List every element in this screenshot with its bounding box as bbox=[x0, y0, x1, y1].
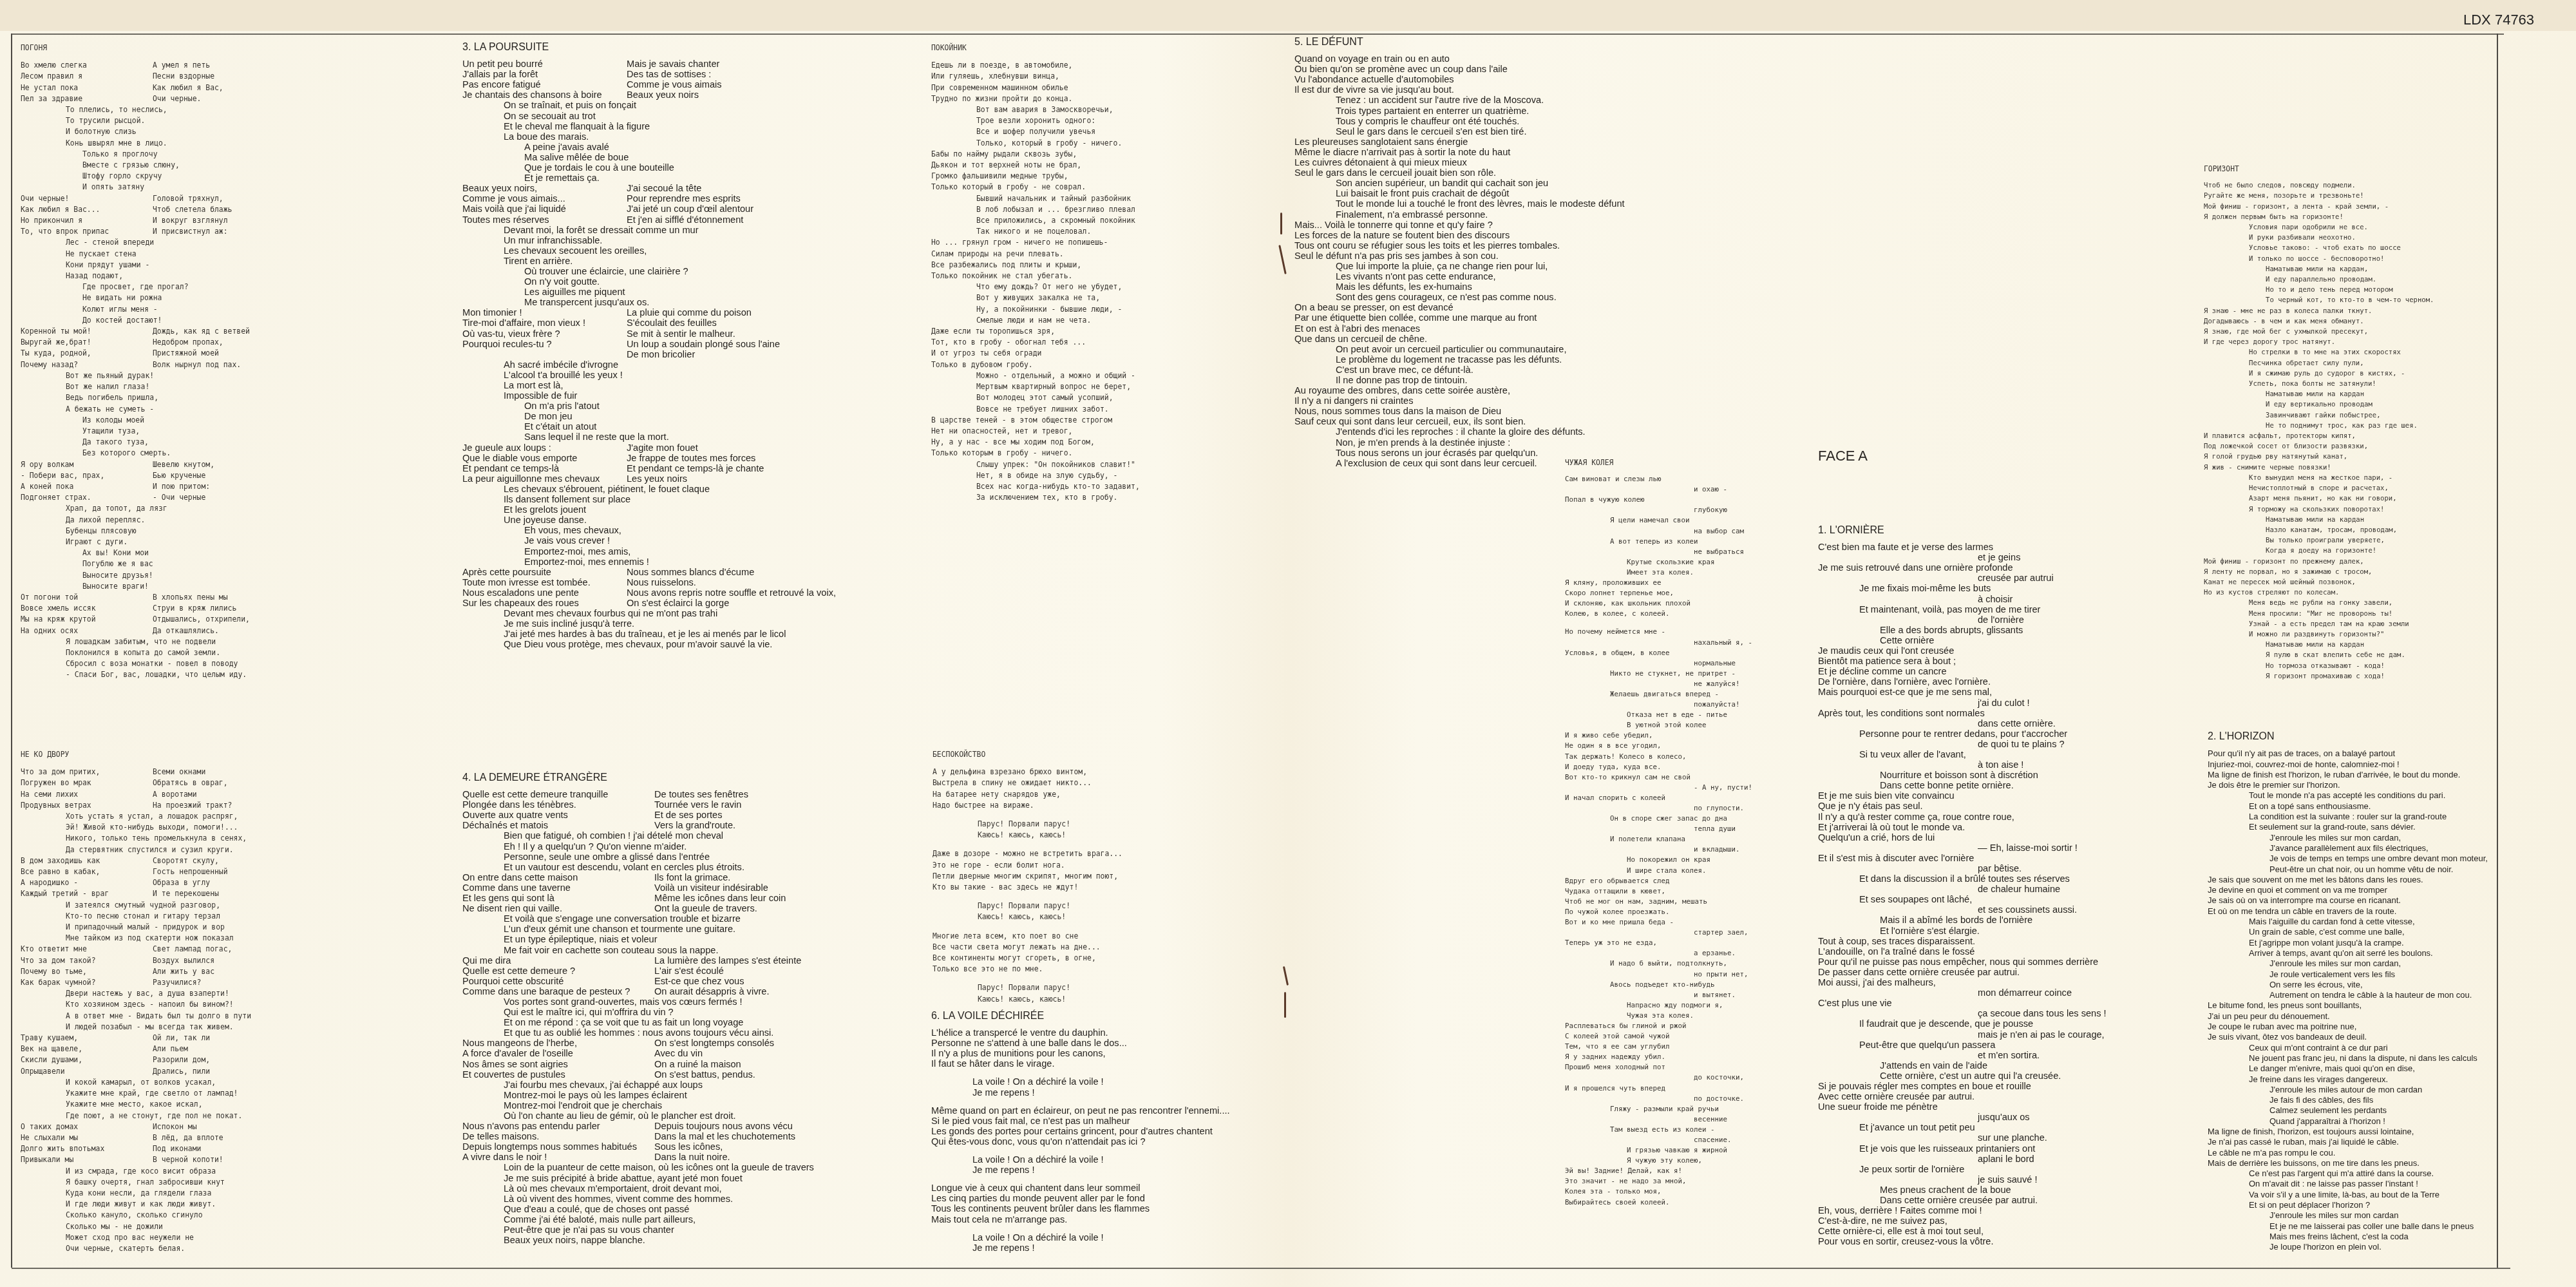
left-frame-rule bbox=[11, 33, 12, 1268]
lyric-line: В лёд, да вплоте bbox=[153, 1132, 433, 1143]
lyric-line: Век на щавеле, bbox=[21, 1044, 153, 1054]
lyric-line-pair: Depuis longtemps nous sommes habituésSou… bbox=[462, 1142, 887, 1152]
lyric-line: Назло канатам, тросам, проводам, bbox=[2204, 525, 2494, 535]
song-la-poursuite-fr: 3. LA POURSUITE Un petit peu bourréMais … bbox=[462, 43, 862, 650]
lyric-line: Est-ce que chez vous bbox=[654, 977, 887, 987]
lyric-line: Je me repens ! bbox=[931, 1088, 1292, 1098]
lyric-line: Et on a topé sans enthousiasme. bbox=[2208, 801, 2497, 812]
lyric-line: Кто вы такие - вас здесь не ждут! bbox=[933, 882, 1280, 893]
lyric-line: Mais l'aiguille du cardan fond à cette v… bbox=[2208, 917, 2497, 927]
lyric-line: Но ... грянул гром - ничего не попишешь- bbox=[931, 237, 1279, 248]
lyric-line: - Побери вас, прах, bbox=[21, 470, 153, 481]
lyric-line: Всех нас когда-нибудь кто-то задавит, bbox=[931, 481, 1279, 492]
lyric-line: Et je vois que les ruisseaux printaniers… bbox=[1818, 1144, 2179, 1154]
lyric-line: Je loupe l'horizon en plein vol. bbox=[2208, 1242, 2497, 1252]
lyric-line: L'alcool t'a brouillé les yeux ! bbox=[462, 370, 862, 381]
lyric-line-pair: Что за дом такой?Воздух вылился bbox=[21, 955, 433, 966]
lyric-line-pair: Во хмелю слегкаА умел я петь bbox=[21, 60, 433, 71]
lyric-line: Finalement, n'a embrassé personne. bbox=[1294, 210, 1719, 220]
lyric-line-pair: Qui me diraLa lumière des lampes s'est é… bbox=[462, 956, 887, 966]
lyric-line: De mon jeu bbox=[462, 412, 862, 422]
lyric-line: J'ai fourbu mes chevaux, j'ai échappé au… bbox=[462, 1080, 887, 1091]
song-ne-ko-dvoru-ru: НЕ КО ДВОРУ Что за дом притих,Всеми окна… bbox=[21, 749, 433, 1254]
lyric-line: Каюсь! каюсь, каюсь! bbox=[933, 994, 1280, 1005]
lyric-line: Каюсь! каюсь, каюсь! bbox=[933, 830, 1280, 841]
lyrics: L'hélice a transpercé le ventre du dauph… bbox=[931, 1028, 1292, 1254]
lyric-line: Une sueur froide me pénètre bbox=[1818, 1102, 2179, 1112]
lyric-line: Сам виноват и слезы лью bbox=[1565, 474, 1926, 484]
lyric-line: Je me suis précipité à bride abattue, ay… bbox=[462, 1174, 887, 1184]
lyric-line: Où trouver une éclaircie, une clairière … bbox=[462, 267, 862, 277]
lyric-line: On m'avait dit : ne laisse pas passer l'… bbox=[2208, 1179, 2497, 1189]
lyric-line: Назад подают, bbox=[21, 271, 433, 281]
lyric-line: Elle a des bords abrupts, glissants bbox=[1818, 625, 2179, 636]
lyric-line: И плавится асфальт, протекторы кипят, bbox=[2204, 431, 2494, 441]
lyric-line: Que je tordais le cou à une bouteille bbox=[462, 163, 862, 173]
stanza-gap bbox=[933, 975, 1280, 982]
lyric-line: On n'y voit goutte. bbox=[462, 277, 862, 287]
lyric-line: Je me fixais moi-même les buts bbox=[1818, 584, 2179, 594]
lyric-line: Vers la grand'route. bbox=[654, 821, 887, 831]
lyric-line: То трусили рысцой. bbox=[21, 115, 433, 126]
lyric-line: Et que tu as oublié les hommes : nous av… bbox=[462, 1028, 887, 1038]
lyric-line: je suis sauvé ! bbox=[1818, 1175, 2179, 1185]
lyric-line: La condition est la suivante : rouler su… bbox=[2208, 812, 2497, 822]
song-title: ЧУЖАЯ КОЛЕЯ bbox=[1565, 457, 1926, 468]
lyric-line: Sans lequel il ne reste que la mort. bbox=[462, 432, 862, 443]
lyric-line-pair: На семи лихихА воротами bbox=[21, 789, 433, 800]
lyric-line: Под иконами bbox=[153, 1143, 433, 1154]
lyric-line: Cette ornière bbox=[1818, 636, 2179, 646]
lyric-line: Чтоб слетела блажь bbox=[153, 204, 433, 215]
lyric-line: Где поют, а не стонут, где пол не покат. bbox=[21, 1111, 433, 1121]
lyric-line: Tout à coup, ses traces disparaissent. bbox=[1818, 937, 2179, 947]
lyric-line: Ils font la grimace. bbox=[654, 873, 887, 883]
lyric-line: Et c'était un atout bbox=[462, 422, 862, 432]
lyric-line: Nous avons repris notre souffle et retro… bbox=[627, 588, 862, 598]
lyric-line: А бежать не суметь - bbox=[21, 404, 433, 415]
lyric-line: Играют с дуги. bbox=[21, 537, 433, 548]
song-title: ПОГОНЯ bbox=[21, 43, 433, 53]
lyric-line: Là où mes chevaux m'emportaient, droit d… bbox=[462, 1184, 887, 1194]
top-edge bbox=[0, 0, 2576, 31]
lyric-line: Mais mes freins lâchent, c'est la coda bbox=[2208, 1232, 2497, 1242]
lyric-line: Je maudis ceux qui l'ont creusée bbox=[1818, 646, 2179, 656]
lyric-line: И опять затяну bbox=[21, 182, 433, 193]
lyric-line: J'ai jeté mes hardes à bas du traîneau, … bbox=[462, 629, 862, 640]
stanza-gap bbox=[931, 1176, 1292, 1183]
lyric-line: Pour qu'il n'y ait pas de traces, on a b… bbox=[2208, 748, 2497, 759]
lyric-line: La pluie qui comme du poison bbox=[627, 308, 862, 318]
lyric-line: За исключением тех, кто в гробу. bbox=[931, 492, 1279, 503]
lyric-line: Il ne donne pas trop de tintouin. bbox=[1294, 376, 1719, 386]
song-lhorizon-fr: 2. L'HORIZON Pour qu'il n'y ait pas de t… bbox=[2208, 732, 2497, 1253]
lyric-line: ça secoue dans tous les sens ! bbox=[1818, 1009, 2179, 1019]
lyric-line: Et voilà que s'engage une conversation t… bbox=[462, 914, 887, 924]
lyric-line: Да стервятник спустился и сузил круги. bbox=[21, 844, 433, 855]
lyric-line-pair: Привыкали мыВ черной копоти! bbox=[21, 1154, 433, 1165]
lyric-line: Ne disent rien qui vaille. bbox=[462, 904, 654, 914]
lyric-line: О таких домах bbox=[21, 1121, 153, 1132]
lyric-line-pair: Ты куда, родной,Пристяжной моей bbox=[21, 348, 433, 359]
lyric-line: Mais de derrière les buissons, on me tir… bbox=[2208, 1158, 2497, 1168]
lyric-line: Où l'on chante au lieu de gémir, où le p… bbox=[462, 1111, 887, 1121]
lyric-line-pair: La peur aiguillonne mes chevauxLes yeux … bbox=[462, 474, 862, 484]
lyric-line: Кони прядут ушами - bbox=[21, 260, 433, 271]
lyric-line: De mon bricolier bbox=[627, 350, 862, 360]
lyric-line: Ou bien qu'on se promène avec un coup da… bbox=[1294, 64, 1719, 75]
lyric-line: Только покойник не стал убегать. bbox=[931, 271, 1279, 281]
lyric-line: Et ses soupapes ont lâché, bbox=[1818, 895, 2179, 905]
lyric-line: Et je ne me laisserai pas coller une bal… bbox=[2208, 1221, 2497, 1232]
lyric-line: Привыкали мы bbox=[21, 1154, 153, 1165]
lyric-line: Et on est à l'abri des menaces bbox=[1294, 324, 1719, 334]
lyric-line-pair: Pas encore fatiguéComme je vous aimais bbox=[462, 80, 862, 90]
lyric-line: Peut-être un chat noir, ou un homme vêtu… bbox=[2208, 864, 2497, 875]
lyric-line: Un petit peu bourré bbox=[462, 59, 627, 70]
lyric-line-pair: Comme je vous aimais...Pour reprendre me… bbox=[462, 194, 862, 204]
lyric-line: Mais... Voilà le tonnerre qui tonne et q… bbox=[1294, 220, 1719, 231]
lyric-line: Une joyeuse danse. bbox=[462, 515, 862, 526]
lyric-line: Et je me suis bien vite convaincu bbox=[1818, 791, 2179, 801]
lyric-line: Je roule verticalement vers les fils bbox=[2208, 969, 2497, 980]
lyric-line-pair: Quelle est cette demeure tranquilleDe to… bbox=[462, 790, 887, 800]
lyric-line: On peut avoir un cercueil particulier ou… bbox=[1294, 345, 1719, 355]
lyric-line: jusqu'aux os bbox=[1818, 1112, 2179, 1123]
lyric-line: Le câble ne m'a pas rompu le cou. bbox=[2208, 1148, 2497, 1158]
lyric-line: Где просвет, где прогал? bbox=[21, 281, 433, 292]
pen-mark bbox=[1278, 245, 1286, 274]
lyric-line: L'andouille, on l'a traîné dans le fossé bbox=[1818, 947, 2179, 957]
record-sleeve-insert: LDX 74763 ПОГОНЯ Во хмелю слегкаА умел я… bbox=[0, 0, 2576, 1287]
song-le-defunt-fr: 5. LE DÉFUNT Quand on voyage en train ou… bbox=[1294, 37, 1719, 469]
lyric-line-pair: Продувных ветрахНа проезжий тракт? bbox=[21, 800, 433, 811]
lyric-line: Образа в углу bbox=[153, 877, 433, 888]
lyric-line: Завинчивают гайки побыстрее, bbox=[2204, 410, 2494, 421]
lyric-line: Ma salive mêlée de boue bbox=[462, 153, 862, 163]
lyric-line: Никого, только тень промелькнула в сенях… bbox=[21, 833, 433, 844]
lyric-line: Quand j'apparaîtrai à l'horizon ! bbox=[2208, 1116, 2497, 1127]
lyric-line: Но стрелки в то мне на этих скоростях bbox=[2204, 347, 2494, 357]
lyric-line: Без которого смерть. bbox=[21, 448, 433, 459]
lyric-line-pair: То, что впрок припасИ присвистнул аж: bbox=[21, 226, 433, 237]
lyric-line: Même les icônes dans leur coin bbox=[654, 893, 887, 904]
lyric-line: На одних осях bbox=[21, 625, 153, 636]
lyric-line: La mort est là, bbox=[462, 381, 862, 391]
lyric-line-pair: Все равно в кабак,Гость непрошенный bbox=[21, 866, 433, 877]
lyric-line: Et seulement sur la grand-route, sans dé… bbox=[2208, 822, 2497, 832]
lyrics: А у дельфина взрезано брюхо винтом,Выстр… bbox=[933, 767, 1280, 1005]
lyric-line: Ils dansent follement sur place bbox=[462, 495, 862, 505]
lyric-line-pair: Comme dans une baraque de pesteux ?On au… bbox=[462, 987, 887, 997]
lyric-line: Но тормоза отказывают - кода! bbox=[2204, 661, 2494, 671]
lyric-line: Voilà un visiteur indésirable bbox=[654, 883, 887, 893]
lyric-line: Разорили дом, bbox=[153, 1054, 433, 1065]
lyric-line: Sous les icônes, bbox=[654, 1142, 887, 1152]
lyric-line: Je chantais des chansons à boire bbox=[462, 90, 627, 100]
lyric-line: И можно ли раздвинуть горизонты?" bbox=[2204, 629, 2494, 640]
lyric-line: А умел я петь bbox=[153, 60, 433, 71]
lyric-line: Il n'y a qu'à rester comme ça, roue cont… bbox=[1818, 812, 2179, 823]
lyric-line: Парус! Порвали парус! bbox=[933, 819, 1280, 830]
lyric-line: Наматываю мили на кардан, bbox=[2204, 264, 2494, 274]
lyric-line: Эй! Живой кто-нибудь выходи, помоги!... bbox=[21, 822, 433, 833]
lyric-line-pair: Nos âmes se sont aigriesOn a ruiné la ma… bbox=[462, 1060, 887, 1070]
lyric-line: Сбросил с воза монатки - повел в поводу bbox=[21, 658, 433, 669]
lyric-line: И те перекошены bbox=[153, 888, 433, 899]
lyric-line: Tire-moi d'affaire, mon vieux ! bbox=[462, 318, 627, 329]
lyric-line: Сколько кануло, сколько сгинуло bbox=[21, 1210, 433, 1221]
song-la-demeure-etrangere-fr: 4. LA DEMEURE ÉTRANGÈRE Quelle est cette… bbox=[462, 773, 887, 1246]
lyric-line-pair: Траву кушаем,Ой ли, так ли bbox=[21, 1033, 433, 1044]
lyric-line: Меня ведь не рубли на гонку завели, bbox=[2204, 598, 2494, 608]
lyric-line: Mon timonier ! bbox=[462, 308, 627, 318]
lyric-line: Слышу упрек: "Он покойников славит!" bbox=[931, 459, 1279, 470]
lyric-line: Déchaînés et matois bbox=[462, 821, 654, 831]
lyric-line: Vu l'abondance actuelle d'automobiles bbox=[1294, 75, 1719, 85]
lyric-line-pair: Tire-moi d'affaire, mon vieux !S'écoulai… bbox=[462, 318, 862, 329]
song-pogonya-ru: ПОГОНЯ Во хмелю слегкаА умел я петьЛесом… bbox=[21, 43, 433, 681]
lyric-line: Je me suis retrouvé dans une ornière pro… bbox=[1818, 563, 2179, 573]
lyric-line: La voile ! On a déchiré la voile ! bbox=[931, 1155, 1292, 1165]
lyric-line: Ой ли, так ли bbox=[153, 1033, 433, 1044]
lyric-line: De passer dans cette ornière creusée par… bbox=[1818, 968, 2179, 978]
lyric-line: Trois types partaient en enterrer un qua… bbox=[1294, 106, 1719, 117]
lyric-line: На семи лихих bbox=[21, 789, 153, 800]
lyric-line: Силам природы на речи плевать. bbox=[931, 249, 1279, 260]
lyric-line: До костей достают! bbox=[21, 315, 433, 326]
song-title: НЕ КО ДВОРУ bbox=[21, 749, 433, 760]
lyric-line: И людей позабыл - мы всегда так живем. bbox=[21, 1022, 433, 1033]
lyric-line: Nos âmes se sont aigries bbox=[462, 1060, 654, 1070]
lyric-line: Условия пари одобрили не все. bbox=[2204, 222, 2494, 233]
lyric-line: Что за дом такой? bbox=[21, 955, 153, 966]
lyric-line: Вы только проиграли уверяете, bbox=[2204, 535, 2494, 546]
lyric-line: Но из кустов стреляют по колесам. bbox=[2204, 587, 2494, 598]
lyric-line: Траву кушаем, bbox=[21, 1033, 153, 1044]
lyric-line: Et on me répond : ça se voit que tu as f… bbox=[462, 1018, 887, 1028]
lyric-line: J'ai un peu peur du dénouement. bbox=[2208, 1011, 2497, 1022]
lyric-line: Едешь ли в поезде, в автомобиле, bbox=[931, 60, 1279, 71]
lyric-line: Вот молодец этот самый усопший, bbox=[931, 392, 1279, 403]
lyric-line: Emportez-moi, mes amis, bbox=[462, 547, 862, 557]
lyric-line: Longue vie à ceux qui chantent dans leur… bbox=[931, 1183, 1292, 1194]
lyric-line: On s'est longtemps consolés bbox=[654, 1038, 887, 1049]
lyric-line: Выстрела в спину не ожидает никто... bbox=[933, 777, 1280, 788]
lyric-line: Après tout, les conditions sont normales bbox=[1818, 709, 2179, 719]
lyric-line: Колют иглы меня - bbox=[21, 304, 433, 315]
lyric-line: Quelle est cette demeure ? bbox=[462, 966, 654, 977]
lyric-line: Quand on voyage en train ou en auto bbox=[1294, 54, 1719, 64]
lyric-line-pair: Как любил я Вас...Чтоб слетела блажь bbox=[21, 204, 433, 215]
lyric-line: В царстве теней - в этом обществе строго… bbox=[931, 415, 1279, 426]
lyric-line: И кокой камарыл, от волков усакал, bbox=[21, 1077, 433, 1088]
lyric-line: aplani le bord bbox=[1818, 1154, 2179, 1165]
lyric-line: Что ему дождь? От него не убудет, bbox=[931, 281, 1279, 292]
lyric-line: Штофу горло скручу bbox=[21, 171, 433, 182]
lyric-line: Куда кони несли, да глядели глаза bbox=[21, 1188, 433, 1199]
lyric-line: Les aiguilles me piquent bbox=[462, 287, 862, 298]
song-title: ГОРИЗОНТ bbox=[2204, 164, 2494, 174]
lyric-line: Я голой грудью рву натянутый канат, bbox=[2204, 452, 2494, 462]
lyric-line: Догадываюсь - в чем и как меня обманут. bbox=[2204, 316, 2494, 327]
lyric-line-pair: Un petit peu bourréMais je savais chante… bbox=[462, 59, 862, 70]
lyric-line: Своротят скулу, bbox=[153, 855, 433, 866]
lyric-line: Наматываю мили на кардан bbox=[2204, 515, 2494, 525]
lyric-line: Все разбежались под плиты и крыши, bbox=[931, 260, 1279, 271]
lyric-line: Depuis longtemps nous sommes habitués bbox=[462, 1142, 654, 1152]
lyric-line: Только я проглочу bbox=[21, 149, 433, 160]
lyric-line: Может сход про вас неужели не bbox=[21, 1232, 433, 1243]
lyric-line: Вовсе хмель иссяк bbox=[21, 603, 153, 614]
lyric-line: Пристяжной моей bbox=[153, 348, 433, 359]
lyric-line: Je vais vous crever ! bbox=[462, 536, 862, 546]
lyric-line: Из колоды моей bbox=[21, 415, 433, 426]
lyric-line: Et il s'est mis à discuter avec l'ornièr… bbox=[1818, 853, 2179, 864]
lyric-line: et m'en sortira. bbox=[1818, 1051, 2179, 1061]
lyric-line: de quoi tu te plains ? bbox=[1818, 739, 2179, 750]
lyric-line: Si le pied vous fait mal, ce n'est pas u… bbox=[931, 1116, 1292, 1127]
lyric-line: Que le diable vous emporte bbox=[462, 453, 627, 464]
lyric-line: Лесом правил я bbox=[21, 71, 153, 82]
lyric-line: Все и шофер получили увечья bbox=[931, 126, 1279, 137]
lyric-line: Головой тряхнул, bbox=[153, 193, 433, 204]
lyric-line: Коренной ты мой! bbox=[21, 326, 153, 337]
lyric-line: Очи черные. bbox=[153, 93, 433, 104]
lyric-line: А воротами bbox=[153, 789, 433, 800]
lyric-line: Tenez : un accident sur l'autre rive de … bbox=[1294, 95, 1719, 106]
lyric-line: On a beau se presser, on est devancé bbox=[1294, 303, 1719, 313]
lyric-line: Pourquoi cette obscurité bbox=[462, 977, 654, 987]
lyric-line: L'un d'eux gémit une chanson et tourment… bbox=[462, 924, 887, 935]
lyric-line: Мой финиш - горизонт, а лента - край зем… bbox=[2204, 202, 2494, 212]
lyric-line: Ont la gueule de travers. bbox=[654, 904, 887, 914]
lyric-line: Укажите мне край, где светло от лампад! bbox=[21, 1088, 433, 1099]
lyric-line: Бубенцы плясовую bbox=[21, 526, 433, 537]
lyric-line: à ton aise ! bbox=[1818, 760, 2179, 770]
lyric-line: Ругайте же меня, позорьте и трезвоньте! bbox=[2204, 191, 2494, 201]
lyric-line: L'air s'est écoulé bbox=[654, 966, 887, 977]
lyric-line-pair: Ne disent rien qui vaille.Ont la gueule … bbox=[462, 904, 887, 914]
lyric-line: J'enroule les miles autour de mon cardan bbox=[2208, 1085, 2497, 1095]
lyric-line: On s'est battus, pendus. bbox=[654, 1070, 887, 1080]
lyric-line: На проезжий тракт? bbox=[153, 800, 433, 811]
lyric-line-pair: Nous n'avons pas entendu parlerDepuis to… bbox=[462, 1121, 887, 1132]
lyric-line-pair: Ouverte aux quatre ventsEt de ses portes bbox=[462, 810, 887, 821]
lyric-line: Comme dans une taverne bbox=[462, 883, 654, 893]
lyric-line: Всеми окнами bbox=[153, 767, 433, 777]
lyric-line: Вот же пьяный дурак! bbox=[21, 370, 433, 381]
lyric-line: В лоб лобызал и ... брезгливо плевал bbox=[931, 204, 1279, 215]
lyric-line: Il faudrait que je descende, que je pous… bbox=[1818, 1019, 2179, 1029]
lyric-line: То, что впрок припас bbox=[21, 226, 153, 237]
lyric-line: Только, который в гробу - ничего. bbox=[931, 138, 1279, 149]
lyric-line: Quelqu'un a crié, hors de lui bbox=[1818, 833, 2179, 843]
lyric-line: Волк нырнул под пах. bbox=[153, 359, 433, 370]
lyric-line: Да откашлялись. bbox=[153, 625, 433, 636]
lyric-line: Свет лампад погас, bbox=[153, 944, 433, 955]
lyric-line: Я ленту не порвал, но я зажимаю с тросом… bbox=[2204, 567, 2494, 577]
lyric-line: - Спаси Бог, вас, лошадки, что целым иду… bbox=[21, 669, 433, 680]
lyric-line: Я знаю - мне не раз в колеса палки ткнут… bbox=[2204, 306, 2494, 316]
lyric-line: Долго жить впотьмах bbox=[21, 1143, 153, 1154]
lyric-line: Pour qu'il ne puisse pas nous empêcher, … bbox=[1818, 957, 2179, 968]
lyric-line: Et j'avance un tout petit peu bbox=[1818, 1123, 2179, 1133]
lyric-line: Et j'en ai sifflé d'étonnement bbox=[627, 215, 862, 225]
lyric-line: Les yeux noirs bbox=[627, 474, 862, 484]
lyric-line: То черный кот, то кто-то в чем-то черном… bbox=[2204, 295, 2494, 305]
lyric-line: Que d'eau a coulé, que de choses ont pas… bbox=[462, 1205, 887, 1215]
lyric-line: Кто ответит мне bbox=[21, 944, 153, 955]
lyric-line: Ведь погибель пришла, bbox=[21, 392, 433, 403]
lyric-line: Али пьем bbox=[153, 1044, 433, 1054]
lyric-line: Нечистоплотный в споре и расчетах, bbox=[2204, 483, 2494, 493]
lyric-line: Дрались, пили bbox=[153, 1066, 433, 1077]
lyric-line: Попал в чужую колею bbox=[1565, 495, 1926, 505]
lyric-line: Le danger m'enivre, mais quoi qu'on en d… bbox=[2208, 1063, 2497, 1074]
lyric-line: C'est plus une vie bbox=[1818, 998, 2179, 1009]
lyric-line: Tous ont couru se réfugier sous les toit… bbox=[1294, 241, 1719, 251]
lyric-line: Меня просили: "Миг не проворонь ты! bbox=[2204, 609, 2494, 619]
lyric-line: Выругай же,брат! bbox=[21, 337, 153, 348]
lyric-line: Arriver à temps, avant qu'on ait serré l… bbox=[2208, 948, 2497, 958]
lyric-line: Nous escaladons une pente bbox=[462, 588, 627, 598]
lyric-line: Под ложечкой сосет от близости развязки, bbox=[2204, 441, 2494, 452]
lyric-line: Все приложились, а скромный покойник bbox=[931, 215, 1279, 226]
lyric-line: Et pendant ce temps-là je chante bbox=[627, 464, 862, 474]
lyric-line: Et maintenant, voilà, pas moyen de me ti… bbox=[1818, 605, 2179, 615]
lyric-line: А у дельфина взрезано брюхо винтом, bbox=[933, 767, 1280, 777]
lyric-line: On aurait désappris à vivre. bbox=[654, 987, 887, 997]
lyric-line: Cette ornière-ci, elle est à moi tout se… bbox=[1818, 1226, 2179, 1237]
lyric-line: Dans la nuit noire. bbox=[654, 1152, 887, 1163]
lyric-line: Опрыщавели bbox=[21, 1066, 153, 1077]
lyric-line-pair: Мы на кряж крутойОтдышались, отхрипели, bbox=[21, 614, 433, 625]
lyrics: Что за дом притих,Всеми окнамиПогружен в… bbox=[21, 767, 433, 1254]
lyric-line: Я пулю в скат влепить себе не дам. bbox=[2204, 650, 2494, 660]
lyric-line: Là où vivent des hommes, vivent comme de… bbox=[462, 1194, 887, 1205]
lyric-line: Après cette poursuite bbox=[462, 567, 627, 578]
lyric-line: Toute mon ivresse est tombée. bbox=[462, 578, 627, 588]
lyric-line: J'entends d'ici les reproches : il chant… bbox=[1294, 427, 1719, 437]
lyric-line: Nous sommes blancs d'écume bbox=[627, 567, 862, 578]
lyric-line: Но то и дело тень перед мотором bbox=[2204, 285, 2494, 295]
lyric-line: Азарт меня пьянит, но как ни говори, bbox=[2204, 493, 2494, 504]
lyric-line: Ma ligne de finish est l'horizon, le rub… bbox=[2208, 770, 2497, 780]
lyric-line-pair: A force d'avaler de l'oseilleAvec du vin bbox=[462, 1049, 887, 1059]
lyric-line: Лес - стеной впереди bbox=[21, 237, 433, 248]
lyric-line: Как любил я Вас, bbox=[153, 82, 433, 93]
lyric-line: Укажите мне место, какое искал, bbox=[21, 1099, 433, 1110]
lyric-line: Как любил я Вас... bbox=[21, 204, 153, 215]
lyric-line: Tous les continents peuvent brûler dans … bbox=[931, 1204, 1292, 1214]
lyric-line: On se secouait au trot bbox=[462, 111, 862, 122]
lyric-line: Nous n'avons pas entendu parler bbox=[462, 1121, 654, 1132]
lyric-line: Dans la mal et les chuchotements bbox=[654, 1132, 887, 1142]
lyric-line: Un grain de sable, c'est comme une balle… bbox=[2208, 927, 2497, 937]
lyric-line: И затеялся смутный чудной разговор, bbox=[21, 900, 433, 911]
lyric-line: Loin de la puanteur de cette maison, où … bbox=[462, 1163, 887, 1173]
lyric-line: Montrez-moi l'endroit que je cherchais bbox=[462, 1101, 887, 1111]
lyric-line: Emportez-moi, mes ennemis ! bbox=[462, 557, 862, 567]
lyric-line: Qui est le maître ici, qui m'offrira du … bbox=[462, 1007, 887, 1018]
lyric-line: Beaux yeux noirs, bbox=[462, 184, 627, 194]
stanza-gap bbox=[933, 893, 1280, 901]
lyric-line: La voile ! On a déchiré la voile ! bbox=[931, 1077, 1292, 1087]
lyric-line: Громко фальшивили медные трубы, bbox=[931, 171, 1279, 182]
lyric-line: Ceux qui m'ont contraint à ce dur pari bbox=[2208, 1043, 2497, 1053]
lyric-line: Mais il a abîmé les bords de l'ornière bbox=[1818, 915, 2179, 926]
